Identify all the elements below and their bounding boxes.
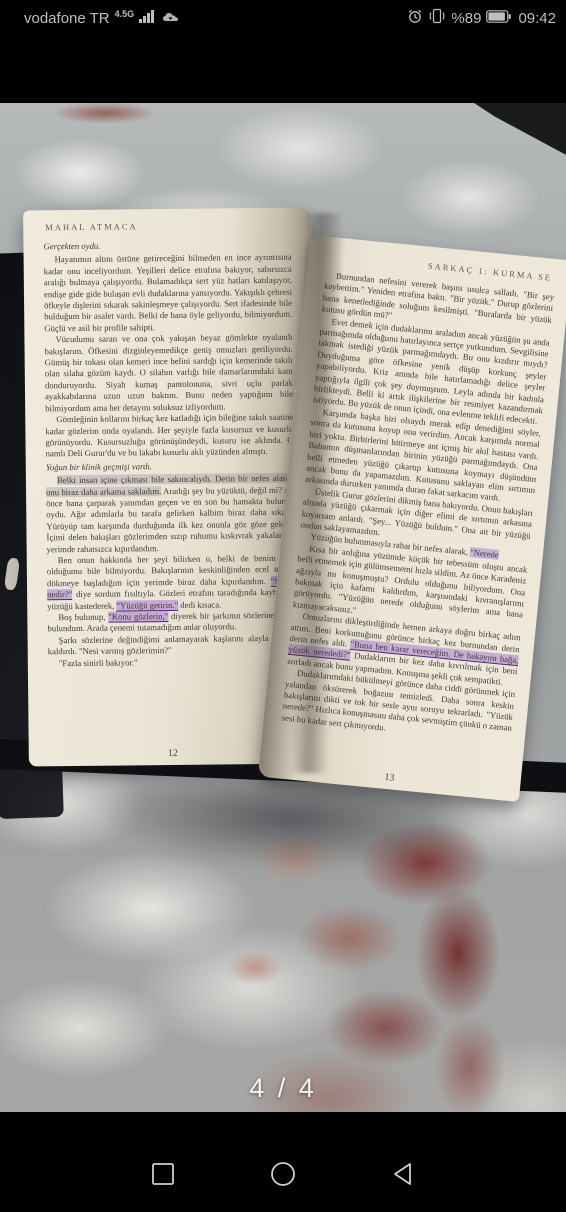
book-text: Hayatımın altını üstüne getireceğini bil… xyxy=(44,252,293,333)
book-paragraph: Yoğun bir klinik geçmişi vardı. xyxy=(46,459,294,473)
battery-percent-label: %89 xyxy=(451,10,481,27)
navigation-bar xyxy=(0,1112,566,1212)
recents-square-icon xyxy=(150,1161,176,1187)
book-text: Gömleğinin kollarını birkaç kez katladığ… xyxy=(45,412,293,459)
network-type-label: 4.5G xyxy=(115,10,135,19)
back-triangle-icon xyxy=(390,1161,416,1187)
book-text: Vücudumu saran ve ona çok yakışan beyaz … xyxy=(45,332,294,413)
highlighted-text: biraz daha arkama sakladım. xyxy=(61,486,161,497)
vowifi-cloud-icon xyxy=(162,10,179,27)
book-text: Ben onun hakkında her şeyi bilirken o, b… xyxy=(47,553,295,588)
book-text: "Fazla sinirli bakıyor." xyxy=(59,657,138,668)
book-text: Boş bulunup, xyxy=(58,612,108,623)
page-text-right: Burnundan nefesini vererek başını usulca… xyxy=(281,270,554,747)
status-bar: vodafone TR 4.5G %89 xyxy=(0,0,566,36)
highlighted-text: "Konu gözlerin," xyxy=(108,611,168,623)
recents-button[interactable] xyxy=(146,1157,180,1191)
book-text: dedi kısaca. xyxy=(178,599,221,609)
book-page-right: SARKAÇ 1: KURMA SE Burnundan nefesini ve… xyxy=(258,235,566,802)
book-paragraph: Hayatımın altını üstüne getireceğini bil… xyxy=(44,252,293,334)
signal-bars-icon xyxy=(139,9,157,27)
alarm-icon xyxy=(407,8,423,28)
carrier-label: vodafone TR xyxy=(24,10,110,27)
battery-icon xyxy=(486,10,511,27)
vibrate-icon xyxy=(428,8,446,28)
home-circle-icon xyxy=(269,1160,297,1188)
book-paragraph: Gömleğinin kollarını birkaç kez katladığ… xyxy=(45,412,293,460)
book-text: Yoğun bir klinik geçmişi vardı. xyxy=(46,461,152,472)
page-text-left: Gerçekten oydu.Hayatımın altını üstüne g… xyxy=(43,239,295,670)
carpet-dark-corner xyxy=(468,103,566,157)
photo-counter: 4 / 4 xyxy=(0,1073,566,1104)
book-paragraph: "Fazla sinirli bakıyor." xyxy=(48,655,296,669)
book-text: Gerçekten oydu. xyxy=(43,241,100,252)
home-button[interactable] xyxy=(266,1157,300,1191)
book-paragraph: Gerçekten oydu. xyxy=(43,239,291,253)
book-paragraph: Şarkı sözlerine değindiğimi anlamayarak … xyxy=(48,633,296,658)
back-button[interactable] xyxy=(386,1157,420,1191)
book-paragraph: Boş bulunup, "Konu gözlerin," diyerek bi… xyxy=(47,610,295,635)
book-paragraph: Vücudumu saran ve ona çok yakışan beyaz … xyxy=(44,332,293,414)
book-paragraph: Ben onun hakkında her şeyi bilirken o, b… xyxy=(47,553,296,613)
book-text: Şarkı sözlerine değindiğimi anlamayarak … xyxy=(48,633,296,657)
clock-label: 09:42 xyxy=(518,10,556,27)
photo-view[interactable]: MAHAL ATMACA Gerçekten oydu.Hayatımın al… xyxy=(0,103,566,1112)
highlighted-text: "Yüzüğü getirin." xyxy=(116,600,178,612)
book-paragraph: Belki insan içine çıkması bile sakıncalı… xyxy=(46,473,295,555)
running-head-author: MAHAL ATMACA xyxy=(45,220,291,233)
